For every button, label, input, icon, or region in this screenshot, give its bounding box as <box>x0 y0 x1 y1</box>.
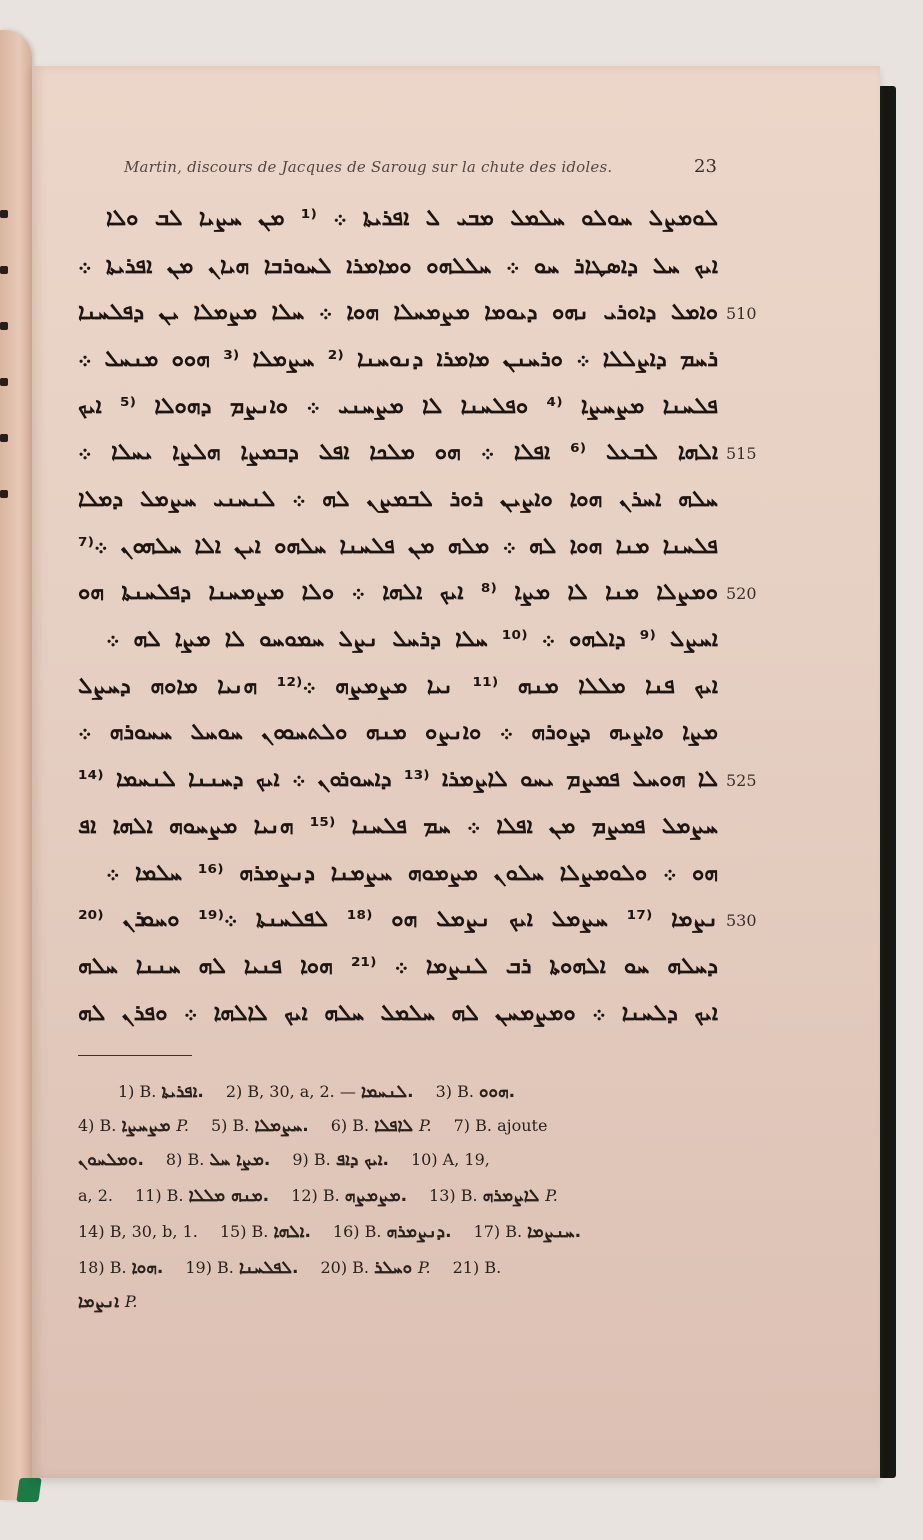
footnote-n: 6) <box>331 1116 353 1135</box>
footnote-syr: ܡܨܚܨܐ <box>121 1116 176 1136</box>
verse-line: ܐܠܗܐ ܠܒܥܠ ⁽⁶ ܐܦܠܐ ܀ ܗܘ ܡܠܟܐ ܐܦܠ ܕܒܡܨܐ ܗܠ… <box>78 436 718 470</box>
footnote-ptag: P. <box>125 1292 138 1311</box>
verse-line: ܪܚܡ ܕܐܨܠܠܐ ܀ ܘܪܚܢܢ ܡܐܡܪܐ ܕܢܘܚܢܐ ⁽² ܚܨܡܠܐ… <box>78 343 718 377</box>
footnote: 17) B. ܚܢܨܡܐ. <box>474 1220 582 1244</box>
footnote: 20) B. ܘܚܠܪ P. <box>320 1256 430 1280</box>
footnote-n: 17) <box>474 1222 506 1241</box>
footnote-ref: B. <box>110 1258 132 1277</box>
facing-page-edge <box>0 30 32 1500</box>
footnote-ref: B. <box>252 1222 274 1241</box>
footnote: 10) A, 19, <box>411 1148 490 1172</box>
footnote-syr: ܚܢܨܡܐ. <box>527 1222 581 1242</box>
footnote-n: 4) <box>78 1116 100 1135</box>
footnote-syr: ܚܨܡܠܐ. <box>254 1116 308 1136</box>
footnote-ref: B. <box>475 1116 497 1135</box>
footnote-ref: B. <box>461 1186 483 1205</box>
footnote: 6) B. ܠܐܦܠܐ P. <box>331 1114 432 1138</box>
footnote-syr: ܗܘܘ. <box>479 1082 515 1102</box>
footnote: 11) B. ܡܢܗ ܡܠܠܐ. <box>135 1184 269 1208</box>
verse-line: ܦܠܚܢܐ ܡܨܚܨܐ ⁽⁴ ܘܦܠܚܢܐ ܠܐ ܡܨܚܢܝ ܀ ܘܐܢܨܡ ܕ… <box>78 390 718 424</box>
footnote-syr: ܠܐܦܠܐ <box>374 1116 419 1136</box>
footnote-n: 2) <box>226 1082 248 1101</box>
verse-line: ܐܝܟ ܕܠܚܢܐ ܀ ܘܡܨܡܚܢ ܠܗ ܚܠܡܠ ܚܠܗ ܐܝܟ ܠܐܠܗܐ… <box>78 997 718 1031</box>
footnote: 16) B. ܕܢܨܡܪܗ. <box>333 1220 452 1244</box>
footnote-syr: ܕܢܨܡܪܗ. <box>387 1222 452 1242</box>
footnote-row: ܘܡܠܚܘܢ. 8) B. ܡܨܐ ܚܠ. 9) B. ܐܝܟ ܕܐܦ. 10)… <box>78 1148 722 1172</box>
facing-page-text-fragments <box>0 210 12 546</box>
footnote-ref: B. <box>167 1186 189 1205</box>
running-head: Martin, discours de Jacques de Saroug su… <box>124 158 724 176</box>
footnote-n: 21) <box>453 1258 485 1277</box>
footnote-separator <box>78 1055 192 1056</box>
footnote-ptag: P. <box>419 1116 432 1135</box>
verse-line: ܕܚܠܗ ܚܘ ܐܠܗܘܬܐ ܪܒ ܠܢܨܡܐ ܀ ⁽²¹ ܗܘܐ ܦܢܝܐ ܠ… <box>78 950 718 984</box>
footnote-syr: ܡܨܡܨܗ. <box>345 1186 407 1206</box>
footnote-row: 4) B. ܡܨܚܨܐ P.5) B. ܚܨܡܠܐ. 6) B. ܠܐܦܠܐ P… <box>78 1114 722 1138</box>
book-cover-edge <box>878 86 896 1478</box>
verse-line: ܚܠܗ ܐܚܪܢ ܗܘܐ ܘܐܨܝܢ ܪܘܪ ܠܒܡܨܢ ܠܗ ܀ ܠܢܚܢܝ … <box>78 483 718 517</box>
page-number: 23 <box>694 156 717 177</box>
footnote-ref: B, 30, b, 1. <box>110 1222 198 1241</box>
footnote-syr: ܡܢܗ ܡܠܠܐ. <box>189 1186 270 1206</box>
verse-line-number: 530 <box>726 911 757 930</box>
footnote: 5) B. ܚܨܡܠܐ. <box>211 1114 309 1138</box>
footnote: 1) B. ܐܦܪܝܬܐ. <box>118 1080 204 1104</box>
footnote-n: 5) <box>211 1116 233 1135</box>
footnote-n: 10) <box>411 1150 443 1169</box>
footnote-ref: B. <box>314 1150 336 1169</box>
footnote: 7) B. ajoute <box>454 1114 548 1138</box>
footnote: 13) B. ܠܐܨܡܪܗ P. <box>429 1184 558 1208</box>
footnote-syr: ܐܠܗܐ. <box>273 1222 310 1242</box>
footnote-syr: ܘܚܠܪ <box>374 1258 418 1278</box>
footnote-n: 1) <box>118 1082 140 1101</box>
footnote-ref: B. <box>233 1116 255 1135</box>
footnote: 12) B. ܡܨܡܨܗ. <box>291 1184 407 1208</box>
footnote: 2) B, 30, a, 2. — ܠܢܚܡܐ. <box>226 1080 414 1104</box>
footnote-n: 13) <box>429 1186 461 1205</box>
footnote: 4) B. ܡܨܚܨܐ P. <box>78 1114 189 1138</box>
footnote-ptag: P. <box>418 1258 431 1277</box>
footnote-row: 18) B. ܗܘܐ. 19) B. ܠܦܠܚܢܐ. 20) B. ܘܚܠܪ P… <box>78 1256 722 1280</box>
footnote-syr: ܘܡܠܚܘܢ. <box>78 1150 144 1170</box>
verse-line: ܗܘ ܀ ܘܠܘܡܨܠܐ ܚܠܘܢ ܡܨܡܘܗ ܚܨܡܢܐ ܕܢܨܡܪܗ ⁽¹⁶… <box>106 857 718 891</box>
footnote-n: 16) <box>333 1222 365 1241</box>
verse-line-number: 510 <box>726 304 757 323</box>
footnote-syr: ܠܐܨܡܪܗ <box>483 1186 546 1206</box>
verse-line: ܠܐ ܗܘܚܠ ܦܡܨܡ ܝܚܘ ܠܐܨܡܪܐ ⁽¹³ ܕܐܚܘܪܘܢ ܀ ܐܝ… <box>78 763 718 797</box>
verse-line-number: 520 <box>726 584 757 603</box>
footnote-n: 20) <box>320 1258 352 1277</box>
footnote-ptag: P. <box>545 1186 558 1205</box>
footnote-ref: B. <box>484 1258 501 1277</box>
verse-line: ܐܚܨܠ ⁽⁹ ܕܐܠܗܘ ܀ ⁽¹⁰ ܚܠܐ ܕܪܚܠ ܢܨܠ ܚܡܘܚܘ ܠ… <box>106 623 718 657</box>
footnote-syr: ܐܝܟ ܕܐܦ. <box>336 1150 389 1170</box>
footnote-ref: B. <box>352 1258 374 1277</box>
footnote-ref: B. <box>365 1222 387 1241</box>
footnote-ptag: P. <box>176 1116 189 1135</box>
footnote: 14) B, 30, b, 1. <box>78 1220 198 1244</box>
footnote-syr: ܡܨܐ ܚܠ. <box>209 1150 270 1170</box>
footnote-ref: A, 19, <box>443 1150 490 1169</box>
verse-line: ܘܡܨܠܐ ܡܢܐ ܠܐ ܡܨܐ ⁽⁸ ܐܝܟ ܐܠܗܐ ܀ ܘܠܐ ܡܨܡܚܢ… <box>78 576 718 610</box>
footnote: 21) B. <box>453 1256 502 1280</box>
footnote-row: ܐܢܨܡܐ P. <box>78 1290 722 1314</box>
footnote-ref: B. <box>505 1222 527 1241</box>
verse-line-number: 515 <box>726 444 757 463</box>
footnote-ref: B. <box>352 1116 374 1135</box>
footnote-syr: ܐܢܨܡܐ <box>78 1292 125 1312</box>
footnote-n: 15) <box>220 1222 252 1241</box>
footnote-ref: B. <box>187 1150 209 1169</box>
footnote-row: 1) B. ܐܦܪܝܬܐ. 2) B, 30, a, 2. — ܠܢܚܡܐ. 3… <box>118 1080 762 1104</box>
footnote-ref: B, 30, a, 2. — <box>247 1082 361 1101</box>
footnote: ܘܡܠܚܘܢ. <box>78 1148 144 1172</box>
footnote-ref: B. <box>100 1116 122 1135</box>
footnote-n: 11) <box>135 1186 167 1205</box>
footnote-n: 18) <box>78 1258 110 1277</box>
footnote-syr: ܐܦܪܝܬܐ. <box>161 1082 203 1102</box>
verse-line: ܐܝܟ ܦܢܐ ܡܠܠܐ ܡܢܗ ⁽¹¹ ܢܝܐ ܡܨܡܨܗ ܀⁽¹² ܗܢܝܐ… <box>78 670 718 704</box>
footnote-n: 3) <box>436 1082 458 1101</box>
footnote-row: a, 2. 11) B. ܡܢܗ ܡܠܠܐ. 12) B. ܡܨܡܨܗ. 13)… <box>78 1184 722 1208</box>
footnote-extra: ajoute <box>497 1116 547 1135</box>
footnote-ref: B. <box>140 1082 162 1101</box>
footnote-ref: B. <box>323 1186 345 1205</box>
footnote: 19) B. ܠܦܠܚܢܐ. <box>185 1256 298 1280</box>
footnote-ref: B. <box>457 1082 479 1101</box>
footnote-n: 7) <box>454 1116 476 1135</box>
footnote-n: 9) <box>292 1150 314 1169</box>
footnote-ref: a, 2. <box>78 1186 113 1205</box>
verse-line-number: 525 <box>726 771 757 790</box>
footnote-n: 12) <box>291 1186 323 1205</box>
book-cover-corner <box>16 1478 41 1502</box>
footnote: 18) B. ܗܘܐ. <box>78 1256 163 1280</box>
verse-line: ܠܘܡܨܠ ܚܘܠܘ ܚܠܡܠ ܡܒܝ ܠ ܐܦܪܝܬܐ ܀ ⁽¹ ܡܢ ܚܨܝ… <box>106 202 718 236</box>
verse-line: ܡܨܐ ܘܐܨܝܗ ܕܨܘܪܗ ܀ ܘܐܢܨܘ ܡܢܗ ܘܠܬܚܘܘܢ ܚܘܚܠ… <box>78 716 718 750</box>
footnote-row: 14) B, 30, b, 1. 15) B. ܐܠܗܐ. 16) B. ܕܢܨ… <box>78 1220 722 1244</box>
footnote: a, 2. <box>78 1184 113 1208</box>
footnote-syr: ܠܦܠܚܢܐ. <box>239 1258 298 1278</box>
footnote-n: 19) <box>185 1258 217 1277</box>
footnote-n: 14) <box>78 1222 110 1241</box>
verse-line: ܦܠܚܢܐ ܡܢܐ ܗܘܐ ܠܗ ܀ ܡܠܗ ܡܢ ܦܠܚܢܐ ܚܠܗܘ ܐܝܢ… <box>78 530 718 564</box>
verse-line: ܢܨܡܐ ⁽¹⁷ ܚܨܡܠ ܐܝܟ ܢܨܡܠ ܗܘ ⁽¹⁸ ܠܦܠܚܢܬܐ ܀⁽… <box>78 903 718 937</box>
verse-line: ܚܨܡܠ ܦܡܨܡ ܡܢ ܐܦܠܐ ܀ ܚܡ ܦܠܚܢܐ ⁽¹⁵ ܗܢܝܐ ܡܨ… <box>78 810 718 844</box>
footnote: 8) B. ܡܨܐ ܚܠ. <box>166 1148 270 1172</box>
footnote: 9) B. ܐܝܟ ܕܐܦ. <box>292 1148 389 1172</box>
footnote-syr: ܠܢܚܡܐ. <box>361 1082 414 1102</box>
verse-line: ܘܐܡܠ ܕܐܘܪܝ ܢܗܘ ܕܝܘܡܐ ܡܨܡܚܠܐ ܗܘܐ ܀ ܚܠܐ ܡܨ… <box>78 296 718 330</box>
footnote: 3) B. ܗܘܘ. <box>436 1080 516 1104</box>
footnote-ref: B. <box>217 1258 239 1277</box>
footnote-n: 8) <box>166 1150 188 1169</box>
verse-line: ܐܝܟ ܚܠ ܕܐܣܛܐܪ ܚܘ ܀ ܚܠܠܗܘ ܘܡܐܡܪܐ ܠܚܘܪܒܐ ܗ… <box>78 250 718 284</box>
footnote-syr: ܗܘܐ. <box>132 1258 164 1278</box>
footnote: ܐܢܨܡܐ P. <box>78 1290 138 1314</box>
footnote: 15) B. ܐܠܗܐ. <box>220 1220 311 1244</box>
